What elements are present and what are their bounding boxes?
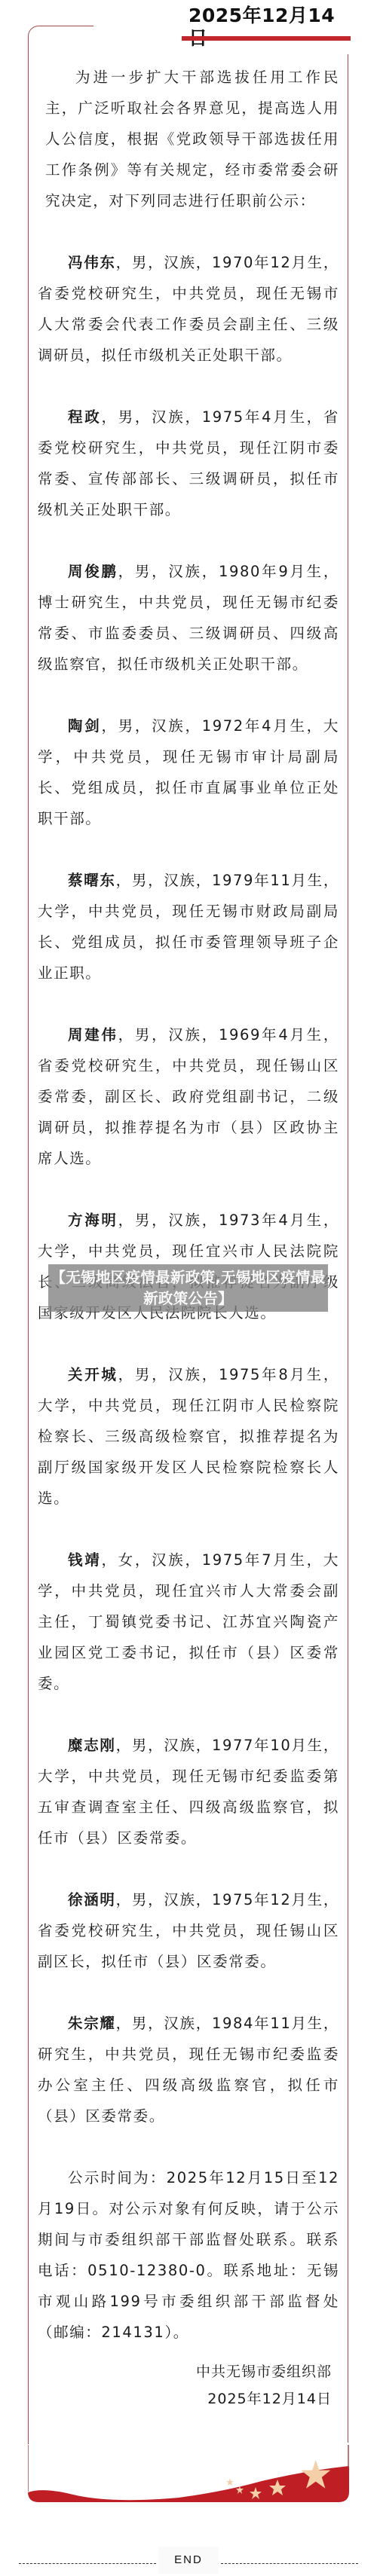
person-entry: 陶剑，男，汉族，1972年4月生，大学，中共党员，现任无锡市审计局副局长、党组成… [38, 710, 339, 834]
end-label: END [158, 2547, 219, 2574]
person-name: 程政 [68, 408, 101, 426]
notice-paragraph: 公示时间为：2025年12月15日至12月19日。对公示对象有何反映，请于公示期… [38, 2162, 339, 2348]
person-name: 周俊鹏 [68, 563, 118, 580]
person-details: ，男，汉族，1969年4月生，省委党校研究生，中共党员，现任锡山区委常委，副区长… [38, 1026, 339, 1167]
signature-block: 中共无锡市委组织部 2025年12月14日 [196, 2358, 332, 2413]
person-details: ，男，汉族，1975年8月生，大学，中共党员，现任江阴市人民检察院检察长、三级高… [38, 1366, 339, 1507]
signature-date: 2025年12月14日 [196, 2385, 332, 2413]
person-entry: 蔡曙东，男，汉族，1979年11月生，大学，中共党员，现任无锡市财政局副局长、党… [38, 865, 339, 989]
article-title-overlay[interactable]: 【无锡地区疫情最新政策,无锡地区疫情最新政策公告】 [48, 1264, 328, 1312]
person-entry: 朱宗耀，男，汉族，1984年11月生，研究生，中共党员，现任无锡市纪委监委办公室… [38, 2008, 339, 2131]
person-entry: 徐涵明，男，汉族，1975年12月生，省委党校研究生，中共党员，现任锡山区副区长… [38, 1884, 339, 1977]
person-name: 冯伟东 [68, 254, 116, 271]
person-name: 朱宗耀 [68, 2015, 116, 2032]
person-entry: 关开城，男，汉族，1975年8月生，大学，中共党员，现任江阴市人民检察院检察长、… [38, 1359, 339, 1514]
wave-stars-decoration [28, 2445, 349, 2502]
person-name: 糜志刚 [68, 1737, 116, 1754]
person-entry: 钱靖，女，汉族，1975年7月生，大学，中共党员，现任宜兴市人大常委会副主任，丁… [38, 1545, 339, 1699]
announcement-body: 为进一步扩大干部选拔任用工作民主，广泛听取社会各界意见，提高选人用人公信度，根据… [38, 62, 339, 2348]
person-entry: 周俊鹏，男，汉族，1980年9月生，博士研究生，中共党员，现任无锡市纪委常委、市… [38, 556, 339, 680]
person-name: 徐涵明 [68, 1891, 116, 1908]
person-name: 关开城 [68, 1366, 118, 1383]
person-entry: 周建伟，男，汉族，1969年4月生，省委党校研究生，中共党员，现任锡山区委常委，… [38, 1019, 339, 1174]
dashed-line-left [19, 2563, 156, 2564]
intro-paragraph: 为进一步扩大干部选拔任用工作民主，广泛听取社会各界意见，提高选人用人公信度，根据… [38, 62, 339, 216]
person-name: 蔡曙东 [68, 872, 116, 889]
person-details: ，女，汉族，1975年7月生，大学，中共党员，现任宜兴市人大常委会副主任，丁蜀镇… [38, 1551, 339, 1692]
person-entry: 冯伟东，男，汉族，1970年12月生，省委党校研究生，中共党员，现任无锡市人大常… [38, 247, 339, 371]
person-name: 周建伟 [68, 1026, 118, 1044]
person-name: 陶剑 [68, 717, 101, 735]
frame-right-border [348, 54, 348, 2443]
signature-org: 中共无锡市委组织部 [196, 2358, 332, 2385]
frame-left-border [28, 41, 29, 2444]
person-name: 钱靖 [68, 1551, 101, 1569]
person-entry: 糜志刚，男，汉族，1977年10月生，大学，中共党员，现任无锡市纪委监委第五审查… [38, 1730, 339, 1853]
person-name: 方海明 [68, 1212, 118, 1229]
person-entry: 程政，男，汉族，1975年4月生，省委党校研究生，中共党员，现任江阴市委常委、宣… [38, 402, 339, 525]
dashed-line-right [221, 2563, 358, 2564]
frame-corner [28, 26, 93, 57]
end-divider: END [19, 2547, 358, 2574]
